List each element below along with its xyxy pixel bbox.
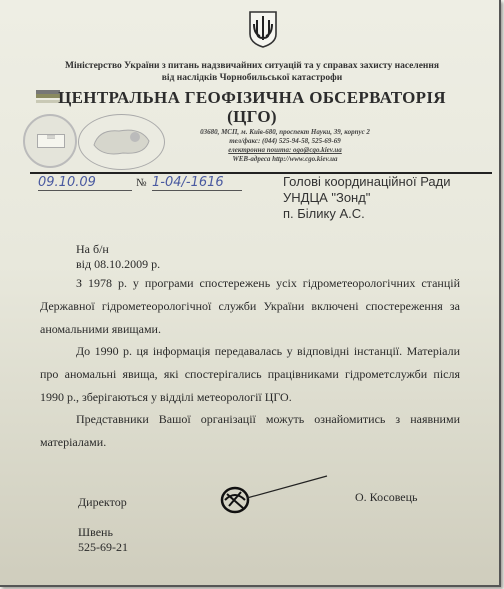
signatory-title: Директор [78, 495, 127, 510]
executor-block: Швень 525-69-21 [78, 525, 128, 555]
recipient-block: Голові координаційної Ради УНДЦА "Зонд" … [283, 174, 451, 222]
body-paragraph-1: З 1978 р. у програми спостережень усіх г… [40, 272, 460, 341]
organization-name: ЦЕНТРАЛЬНА ГЕОФІЗИЧНА ОБСЕРВАТОРІЯ (ЦГО) [0, 88, 504, 126]
reference-block: На б/н від 08.10.2009 р. [76, 242, 160, 272]
registration-date: 09.10.09 [38, 175, 132, 191]
paragraph-text: Представники Вашої організації можуть оз… [40, 412, 460, 449]
org-name-abbr: (ЦГО) [0, 107, 504, 126]
body-paragraph-2: До 1990 р. ця інформація передавалась у … [40, 340, 460, 409]
executor-name: Швень [78, 525, 128, 540]
ministry-heading: Міністерство України з питань надзвичайн… [0, 60, 504, 84]
number-sign: № [136, 177, 147, 189]
org-name-full: ЦЕНТРАЛЬНА ГЕОФІЗИЧНА ОБСЕРВАТОРІЯ [0, 88, 504, 107]
reference-date: від 08.10.2009 р. [76, 257, 160, 272]
registration-number: 1-04/-1616 [152, 175, 242, 191]
recipient-name: п. Білику А.С. [283, 206, 451, 222]
address-line: 03680, МСП, м. Київ-680, проспект Науки,… [165, 128, 405, 137]
body-paragraph-3: Представники Вашої організації можуть оз… [40, 408, 460, 454]
executor-phone: 525-69-21 [78, 540, 128, 555]
web-address-line: WEB-адреса http://www.cgo.kiev.ua [165, 155, 405, 164]
handwritten-signature-icon [215, 470, 335, 520]
weather-map-seal-icon [78, 114, 165, 170]
building-seal-icon: ІІІІ [23, 114, 77, 168]
contact-address: 03680, МСП, м. Київ-680, проспект Науки,… [165, 128, 405, 164]
paragraph-text: З 1978 р. у програми спостережень усіх г… [40, 276, 460, 336]
trident-coat-of-arms-icon [248, 10, 278, 48]
phone-fax-line: тел/факс: (044) 525-94-58, 525-69-69 [165, 137, 405, 146]
ministry-line-2: від наслідків Чорнобильської катастрофи [0, 72, 504, 84]
signatory-name: О. Косовець [355, 490, 418, 505]
email-line: електронна пошта: ogo@cgo.kiev.ua [165, 146, 405, 155]
recipient-title: Голові координаційної Ради [283, 174, 451, 190]
reference-number: На б/н [76, 242, 160, 257]
ministry-line-1: Міністерство України з питань надзвичайн… [0, 60, 504, 72]
letter-page: Міністерство України з питань надзвичайн… [0, 0, 501, 587]
recipient-organization: УНДЦА "Зонд" [283, 190, 451, 206]
paragraph-text: До 1990 р. ця інформація передавалась у … [40, 344, 460, 404]
